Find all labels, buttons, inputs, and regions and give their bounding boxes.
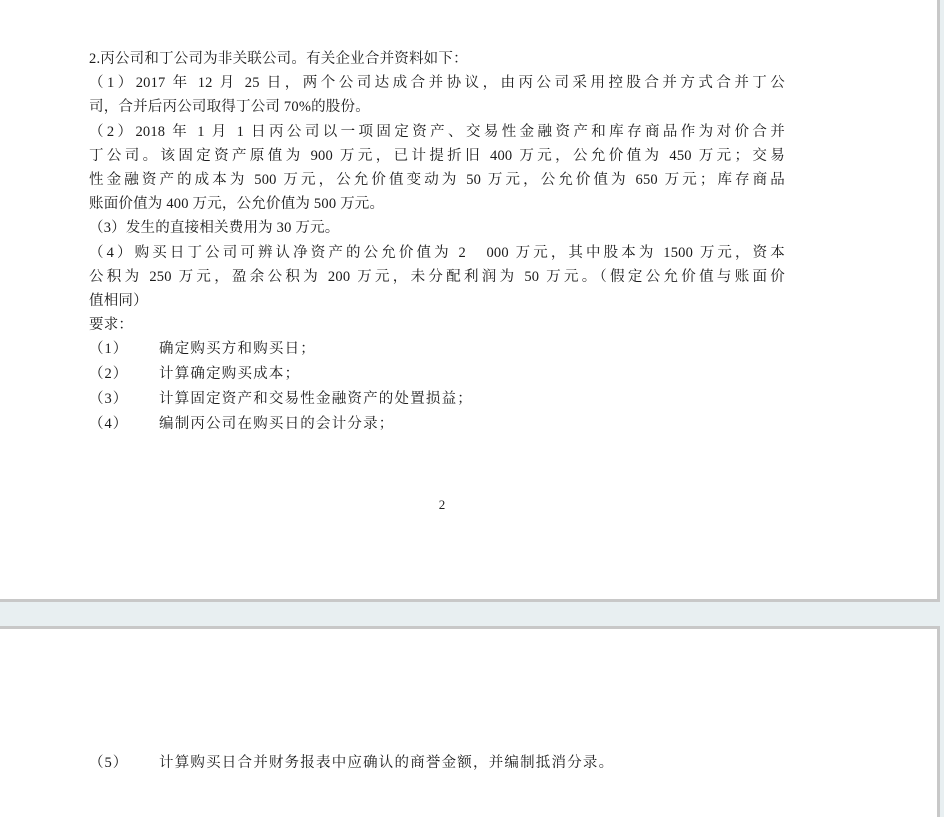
- page-number: 2: [0, 497, 884, 513]
- text-line: （1）2017 年 12 月 25 日，两个公司达成合并协议，由丙公司采用控股合…: [89, 71, 785, 95]
- requirement-item: （1） 确定购买方和购买日；: [89, 337, 785, 362]
- requirements-heading: 要求：: [89, 313, 785, 337]
- requirement-item: （2） 计算确定购买成本；: [89, 362, 785, 387]
- requirement-item: （3） 计算固定资产和交易性金融资产的处置损益；: [89, 387, 785, 412]
- requirement-number: （5）: [89, 751, 159, 776]
- page: 2.丙公司和丁公司为非关联公司。有关企业合并资料如下： （1）2017 年 12…: [0, 0, 940, 602]
- requirement-item: （5） 计算购买日合并财务报表中应确认的商誉金额，并编制抵消分录。: [89, 751, 785, 776]
- requirement-number: （3）: [89, 387, 159, 412]
- text-line: （3）发生的直接相关费用为 30 万元。: [89, 216, 785, 240]
- requirement-text: 确定购买方和购买日；: [159, 337, 316, 362]
- text-line: 账面价值为 400 万元，公允价值为 500 万元。: [89, 192, 785, 216]
- text-line: （4）购买日丁公司可辨认净资产的公允价值为 2 000 万元，其中股本为 150…: [89, 241, 785, 265]
- page: （5） 计算购买日合并财务报表中应确认的商誉金额，并编制抵消分录。: [0, 626, 940, 817]
- text-line: 2.丙公司和丁公司为非关联公司。有关企业合并资料如下：: [89, 47, 785, 71]
- requirement-text: 编制丙公司在购买日的会计分录；: [159, 412, 395, 437]
- page-content: 2.丙公司和丁公司为非关联公司。有关企业合并资料如下： （1）2017 年 12…: [89, 47, 785, 437]
- page-content: （5） 计算购买日合并财务报表中应确认的商誉金额，并编制抵消分录。: [89, 751, 785, 776]
- text-line: 丁公司。该固定资产原值为 900 万元，已计提折旧 400 万元，公允价值为 4…: [89, 144, 785, 168]
- text-line: 值相同）: [89, 289, 785, 313]
- text-line: 性金融资产的成本为 500 万元，公允价值变动为 50 万元，公允价值为 650…: [89, 168, 785, 192]
- requirement-text: 计算固定资产和交易性金融资产的处置损益；: [159, 387, 473, 412]
- requirement-text: 计算确定购买成本；: [159, 362, 300, 387]
- document-viewer[interactable]: 2.丙公司和丁公司为非关联公司。有关企业合并资料如下： （1）2017 年 12…: [0, 0, 944, 817]
- requirement-number: （2）: [89, 362, 159, 387]
- requirement-number: （1）: [89, 337, 159, 362]
- requirement-number: （4）: [89, 412, 159, 437]
- requirement-item: （4） 编制丙公司在购买日的会计分录；: [89, 412, 785, 437]
- text-line: 司，合并后丙公司取得丁公司 70%的股份。: [89, 95, 785, 119]
- requirement-text: 计算购买日合并财务报表中应确认的商誉金额，并编制抵消分录。: [159, 751, 614, 776]
- text-line: 公积为 250 万元，盈余公积为 200 万元，未分配利润为 50 万元。（假定…: [89, 265, 785, 289]
- text-line: （2）2018 年 1 月 1 日丙公司以一项固定资产、交易性金融资产和库存商品…: [89, 120, 785, 144]
